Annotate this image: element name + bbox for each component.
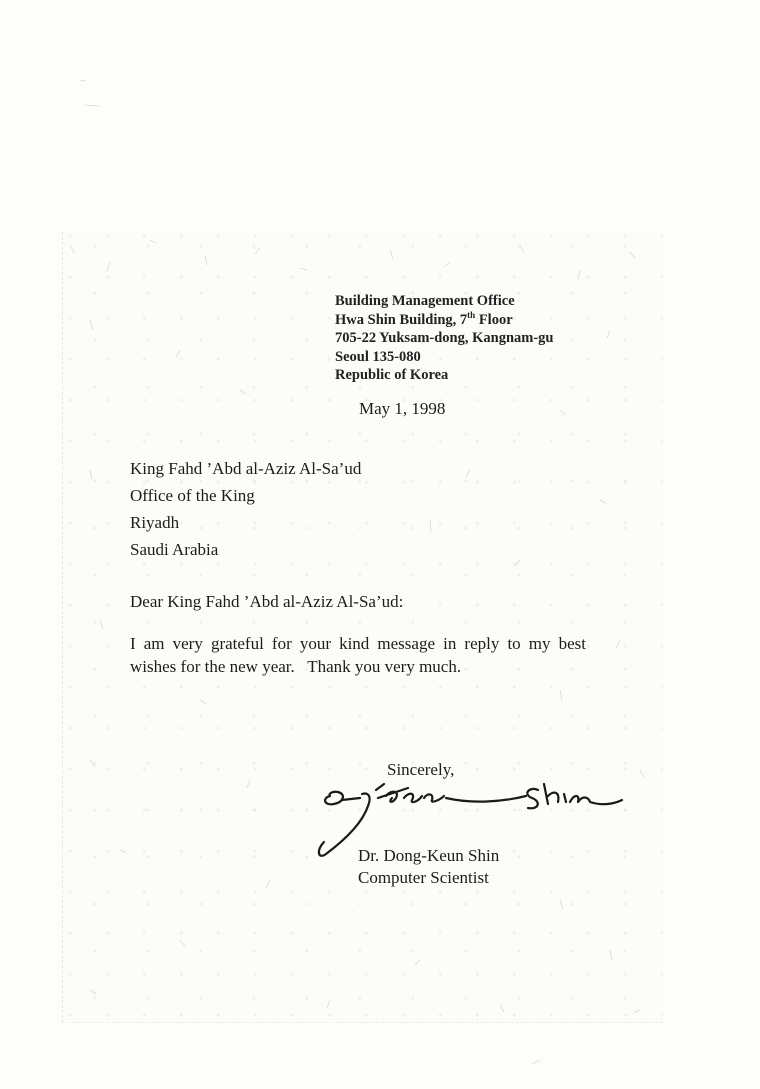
recipient-country: Saudi Arabia: [130, 536, 361, 563]
letter-date: May 1, 1998: [359, 399, 445, 419]
sender-address: Building Management Office Hwa Shin Buil…: [335, 292, 554, 385]
recipient-address: King Fahd ’Abd al-Aziz Al-Sa’ud Office o…: [130, 455, 361, 563]
signer-title: Computer Scientist: [358, 867, 499, 889]
sender-line-country: Republic of Korea: [335, 366, 554, 385]
signer-name: Dr. Dong-Keun Shin: [358, 845, 499, 867]
sender-line-building: Hwa Shin Building, 7th Floor: [335, 311, 554, 330]
salutation: Dear King Fahd ’Abd al-Aziz Al-Sa’ud:: [130, 592, 403, 612]
recipient-name: King Fahd ’Abd al-Aziz Al-Sa’ud: [130, 455, 361, 482]
letter-body: I am very grateful for your kind message…: [130, 632, 586, 678]
signer-block: Dr. Dong-Keun Shin Computer Scientist: [358, 845, 499, 889]
sender-line-city: Seoul 135-080: [335, 348, 554, 367]
recipient-office: Office of the King: [130, 482, 361, 509]
sender-line-office: Building Management Office: [335, 292, 554, 311]
recipient-city: Riyadh: [130, 509, 361, 536]
sender-line-street: 705-22 Yuksam-dong, Kangnam-gu: [335, 329, 554, 348]
